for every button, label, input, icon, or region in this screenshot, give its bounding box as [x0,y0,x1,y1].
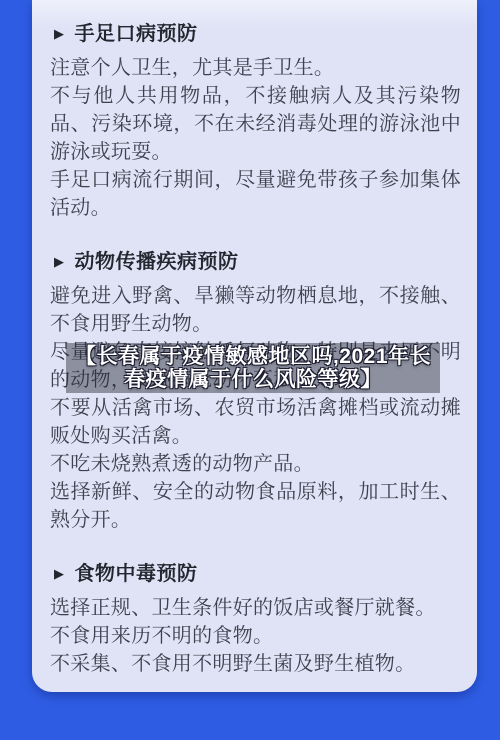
triangle-marker-icon: ▶ [54,560,65,588]
section-food-poisoning-prevention: ▶ 食物中毒预防 选择正规、卫生条件好的饭店或餐厅就餐。 不食用来历不明的食物。… [50,560,461,678]
tip-paragraph: 手足口病流行期间，尽量避免带孩子参加集体活动。 [50,166,461,222]
section-hfmd-prevention: ▶ 手足口病预防 注意个人卫生，尤其是手卫生。 不与他人共用物品，不接触病人及其… [50,20,461,222]
section-title: 食物中毒预防 [75,560,198,588]
overlay-title-text: 【长春属于疫情敏感地区吗,2021年长春疫情属于什么风险等级】 [70,345,436,391]
tip-paragraph: 选择新鲜、安全的动物食品原料，加工时生、熟分开。 [50,478,461,534]
tip-paragraph: 避免进入野禽、旱獭等动物栖息地，不接触、不食用野生动物。 [50,282,461,338]
tip-paragraph: 选择正规、卫生条件好的饭店或餐厅就餐。 [50,594,461,622]
triangle-marker-icon: ▶ [54,20,65,48]
section-title: 动物传播疾病预防 [75,248,239,276]
tip-paragraph: 不与他人共用物品，不接触病人及其污染物品、污染环境，不在未经消毒处理的游泳池中游… [50,82,461,166]
section-heading: ▶ 食物中毒预防 [54,560,461,588]
overlay-title-banner: 【长春属于疫情敏感地区吗,2021年长春疫情属于什么风险等级】 [66,343,440,393]
section-title: 手足口病预防 [75,20,198,48]
tip-paragraph: 不吃未烧熟煮透的动物产品。 [50,450,461,478]
section-heading: ▶ 手足口病预防 [54,20,461,48]
tip-paragraph: 不食用来历不明的食物。 [50,622,461,650]
triangle-marker-icon: ▶ [54,248,65,276]
tip-paragraph: 注意个人卫生，尤其是手卫生。 [50,54,461,82]
page-background: ▶ 手足口病预防 注意个人卫生，尤其是手卫生。 不与他人共用物品，不接触病人及其… [0,0,500,740]
tip-paragraph: 不要从活禽市场、农贸市场活禽摊档或流动摊贩处购买活禽。 [50,394,461,450]
section-heading: ▶ 动物传播疾病预防 [54,248,461,276]
tip-paragraph: 不采集、不食用不明野生菌及野生植物。 [50,650,461,678]
